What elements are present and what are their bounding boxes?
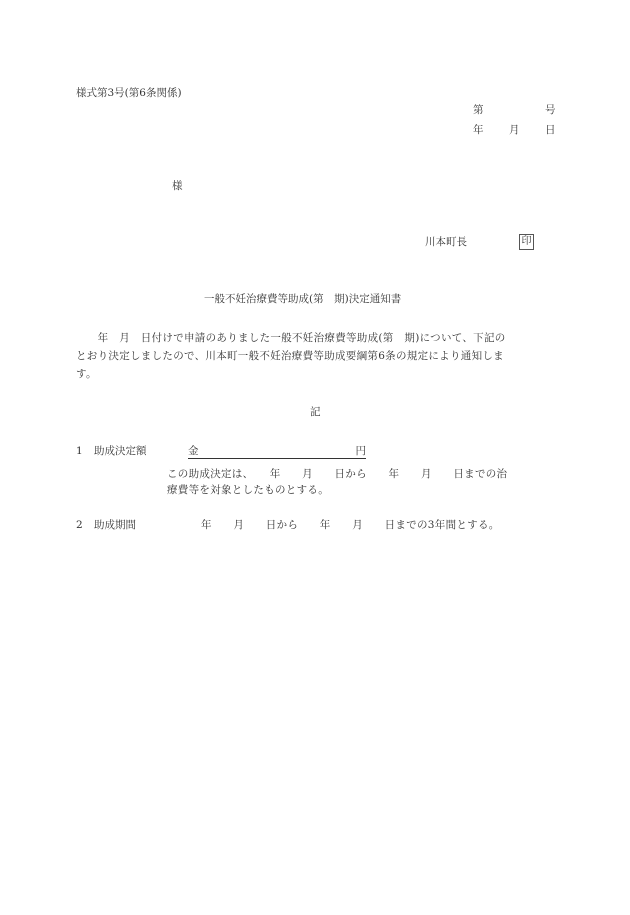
body-line-1: 年 月 日付けで申請のありました一般不妊治療費等助成(第 期)について、下記の <box>76 329 558 347</box>
date-year: 年 <box>473 123 484 137</box>
item-1-number: 1 <box>76 444 83 458</box>
item-2-number: 2 <box>76 518 83 532</box>
item-2-period-text: 年 月 日から 年 月 日までの3年間とする。 <box>201 518 500 532</box>
amount-prefix: 金 <box>188 444 199 458</box>
body-paragraph: 年 月 日付けで申請のありました一般不妊治療費等助成(第 期)について、下記の … <box>76 329 558 383</box>
item-2-label: 助成期間 <box>94 518 136 532</box>
form-label: 様式第3号(第6条関係) <box>76 86 182 100</box>
doc-number-suffix: 号 <box>545 103 556 117</box>
amount-field: 金 円 <box>188 444 366 459</box>
date-day: 日 <box>545 123 556 137</box>
doc-number-prefix: 第 <box>473 103 484 117</box>
date-month: 月 <box>509 123 520 137</box>
amount-suffix: 円 <box>356 444 367 458</box>
issuer-title: 川本町長 <box>425 235 467 249</box>
body-line-2: とおり決定しましたので、川本町一般不妊治療費等助成要綱第6条の規定により通知しま <box>76 347 558 365</box>
body-line-3: す。 <box>76 365 558 383</box>
item-1-note-line-2: 療費等を対象としたものとする。 <box>167 483 329 497</box>
item-1-label: 助成決定額 <box>94 444 147 458</box>
ki-heading: 記 <box>310 405 321 419</box>
seal-stamp-icon: 印 <box>519 234 534 250</box>
addressee-honorific: 様 <box>172 179 183 193</box>
document-title: 一般不妊治療費等助成(第 期)決定通知書 <box>204 292 401 306</box>
item-1-note-line-1: この助成決定は、 年 月 日から 年 月 日までの治 <box>167 467 507 481</box>
